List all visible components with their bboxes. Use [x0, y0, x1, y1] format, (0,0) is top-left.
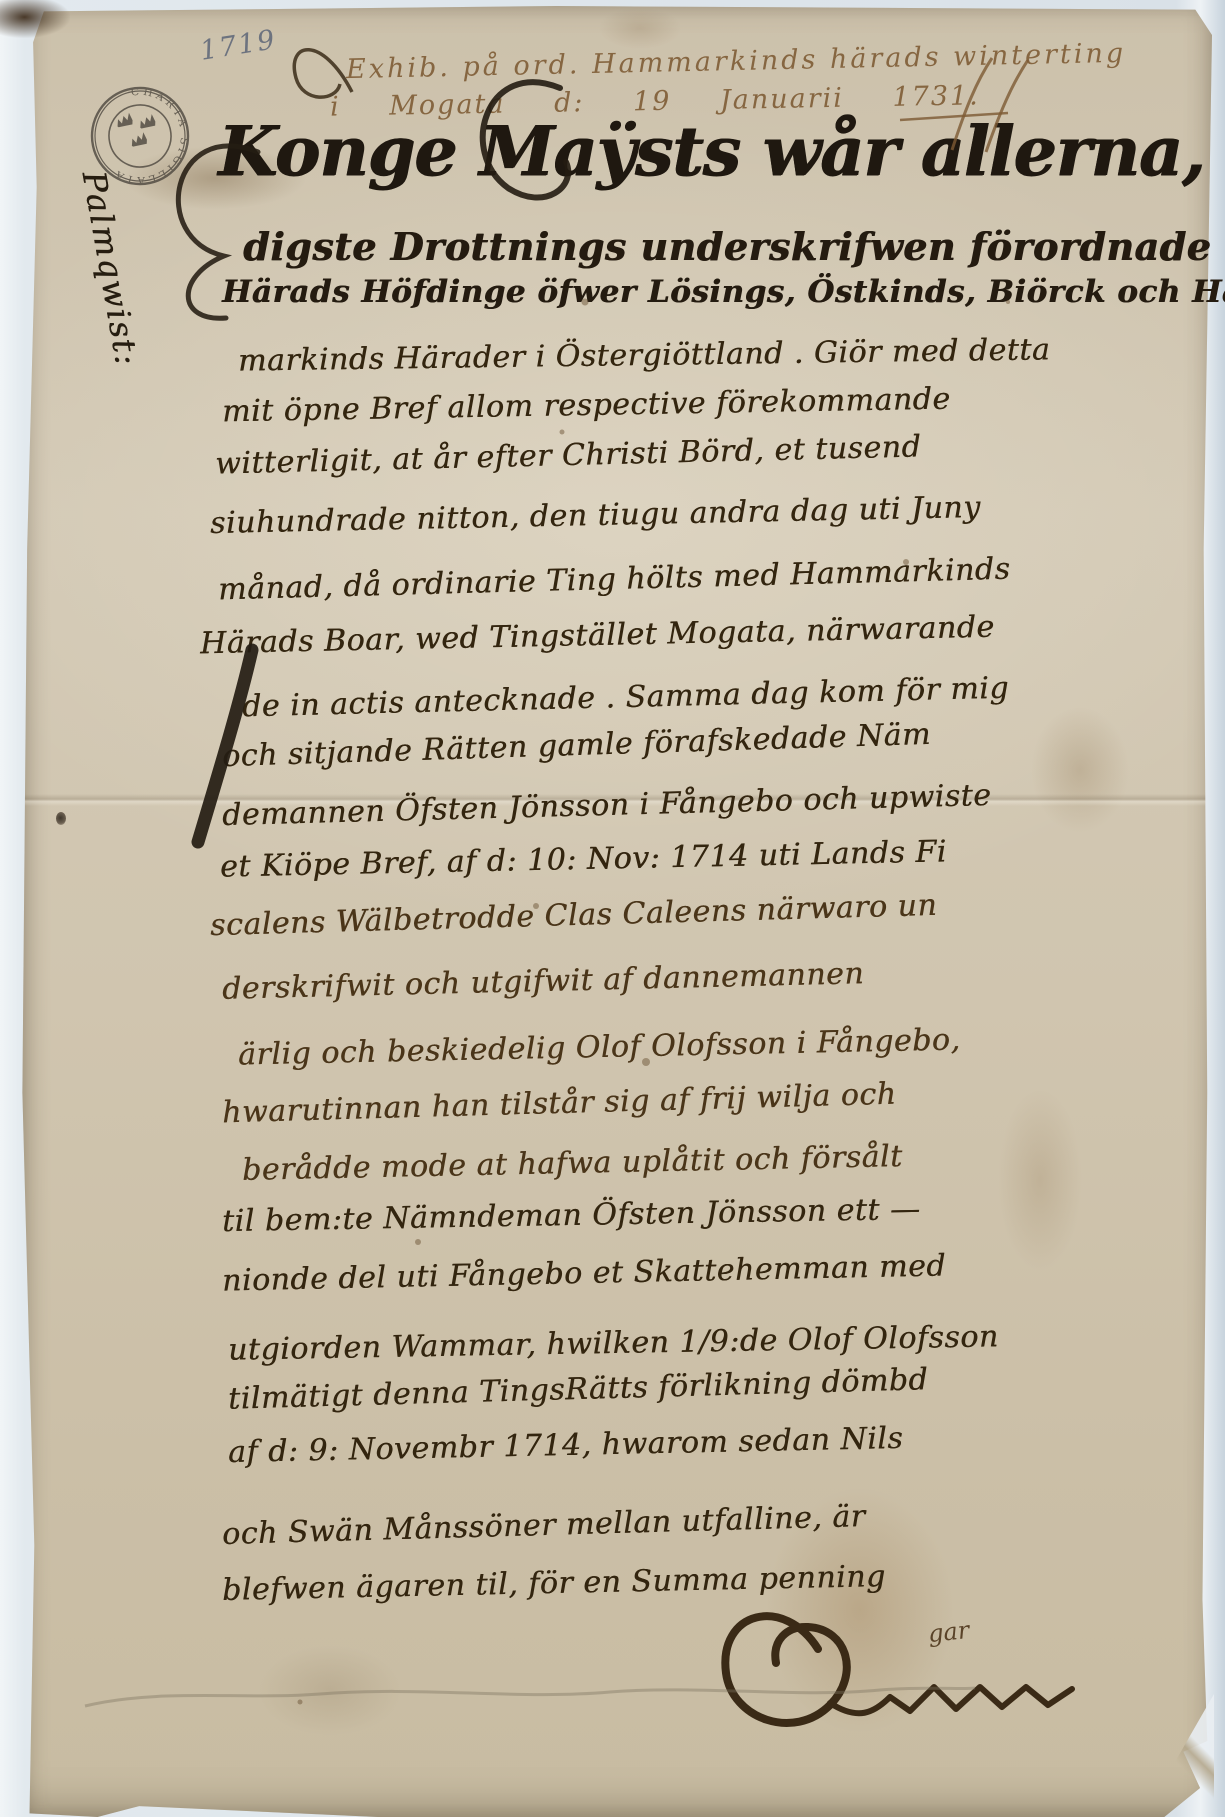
- heading-line-3: Härads Höfdinge öfwer Lösings, Östkinds,…: [222, 274, 1225, 310]
- heading-line-1: Konge Maÿsts wår allerna,: [218, 112, 1204, 192]
- paper-hole: [56, 812, 66, 825]
- heading-line-2: digste Drottnings underskrifwen förordna…: [243, 224, 1211, 269]
- debris-blob: [0, 0, 70, 38]
- three-crowns-emblem: [115, 108, 159, 149]
- scanned-document-page: 1719 Exhib. på ord. Hammarkinds härads w…: [0, 0, 1225, 1817]
- signature-flourish-icon: [690, 1585, 1110, 1785]
